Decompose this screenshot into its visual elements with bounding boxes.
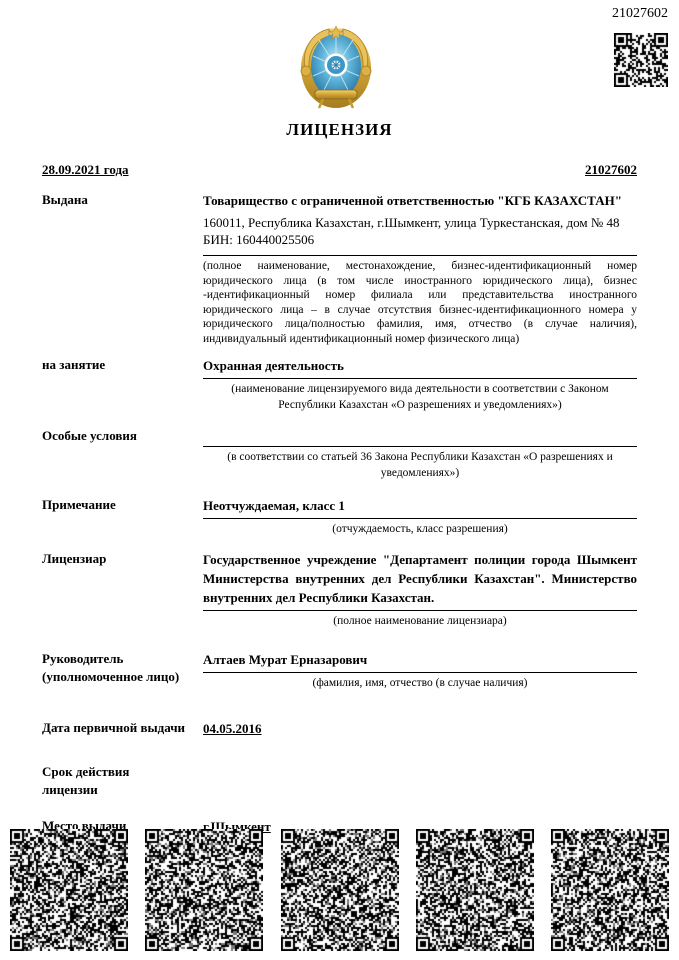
- field-hint: (полное наименование лицензиара): [203, 614, 637, 630]
- security-codes-row: [10, 829, 669, 951]
- qr-code-canvas: [614, 33, 668, 87]
- document-body: ЛИЦЕНЗИЯ 28.09.2021 года 21027602 Выдана…: [42, 120, 637, 836]
- document-title: ЛИЦЕНЗИЯ: [42, 120, 637, 140]
- head-name-value: Алтаев Мурат Ерназарович: [203, 650, 637, 673]
- licensor-value: Государственное учреждение "Департамент …: [203, 550, 637, 611]
- qr-code-icon: [614, 33, 668, 87]
- activity-value: Охранная деятельность: [203, 356, 637, 379]
- field-label: Особые условия: [42, 427, 203, 445]
- data-matrix-security-code: [10, 829, 128, 951]
- field-hint: (фамилия, имя, отчество (в случае наличи…: [203, 676, 637, 692]
- field-activity: на занятие Охранная деятельность (наимен…: [42, 356, 637, 413]
- licensee-name: Товарищество с ограниченной ответственно…: [203, 191, 637, 210]
- field-value-column: Товарищество с ограниченной ответственно…: [203, 191, 637, 346]
- data-matrix-security-code: [145, 829, 263, 951]
- field-special-conditions: Особые условия (в соответствии со статье…: [42, 427, 637, 481]
- document-number-top: 21027602: [612, 6, 668, 22]
- licensee-address: 160011, Республика Казахстан, г.Шымкент,…: [203, 214, 637, 231]
- data-matrix-security-code: [281, 829, 399, 951]
- field-hint: (полное наименование, местонахождение, б…: [203, 259, 637, 346]
- field-value-column: Алтаев Мурат Ерназарович (фамилия, имя, …: [203, 650, 637, 692]
- field-label: Дата первичной выдачи: [42, 719, 203, 737]
- field-value-column: 04.05.2016: [203, 719, 637, 738]
- first-issue-date-value: 04.05.2016: [203, 721, 262, 736]
- field-label-line1: Руководитель: [42, 650, 203, 668]
- field-licensor: Лицензиар Государственное учреждение "Де…: [42, 550, 637, 630]
- field-hint: (отчуждаемость, класс разрешения): [203, 522, 637, 538]
- field-label: Лицензиар: [42, 550, 203, 568]
- field-validity-period: Срок действия лицензии: [42, 763, 637, 799]
- field-hint: (в соответствии со статьей 36 Закона Рес…: [203, 450, 637, 481]
- field-value-column: Государственное учреждение "Департамент …: [203, 550, 637, 630]
- issue-date: 28.09.2021 года: [42, 162, 129, 178]
- kazakhstan-emblem-icon: [299, 24, 373, 112]
- field-hint: (наименование лицензируемого вида деятел…: [203, 382, 637, 413]
- field-issued-to: Выдана Товарищество с ограниченной ответ…: [42, 191, 637, 346]
- field-first-issue-date: Дата первичной выдачи 04.05.2016: [42, 719, 637, 738]
- license-document: 21027602: [0, 0, 679, 960]
- license-number: 21027602: [585, 162, 637, 178]
- remark-value: Неотчуждаемая, класс 1: [203, 496, 637, 519]
- field-value-column: (в соответствии со статьей 36 Закона Рес…: [203, 427, 637, 481]
- field-label: Срок действия лицензии: [42, 763, 203, 799]
- field-value-column: Неотчуждаемая, класс 1 (отчуждаемость, к…: [203, 496, 637, 538]
- divider-line: [203, 255, 637, 256]
- field-label-line2: лицензии: [42, 781, 203, 799]
- field-label: Примечание: [42, 496, 203, 514]
- field-label-line2: (уполномоченное лицо): [42, 668, 203, 686]
- licensee-bin: БИН: 160440025506: [203, 231, 637, 248]
- field-label: на занятие: [42, 356, 203, 374]
- coat-of-arms-graphic: [299, 24, 373, 112]
- field-label: Руководитель (уполномоченное лицо): [42, 650, 203, 686]
- date-number-row: 28.09.2021 года 21027602: [42, 162, 637, 178]
- field-remark: Примечание Неотчуждаемая, класс 1 (отчуж…: [42, 496, 637, 538]
- field-head: Руководитель (уполномоченное лицо) Алтае…: [42, 650, 637, 692]
- field-label: Выдана: [42, 191, 203, 209]
- special-conditions-value: [203, 427, 637, 447]
- field-label-line1: Срок действия: [42, 763, 203, 781]
- data-matrix-security-code: [416, 829, 534, 951]
- data-matrix-security-code: [551, 829, 669, 951]
- field-value-column: Охранная деятельность (наименование лице…: [203, 356, 637, 413]
